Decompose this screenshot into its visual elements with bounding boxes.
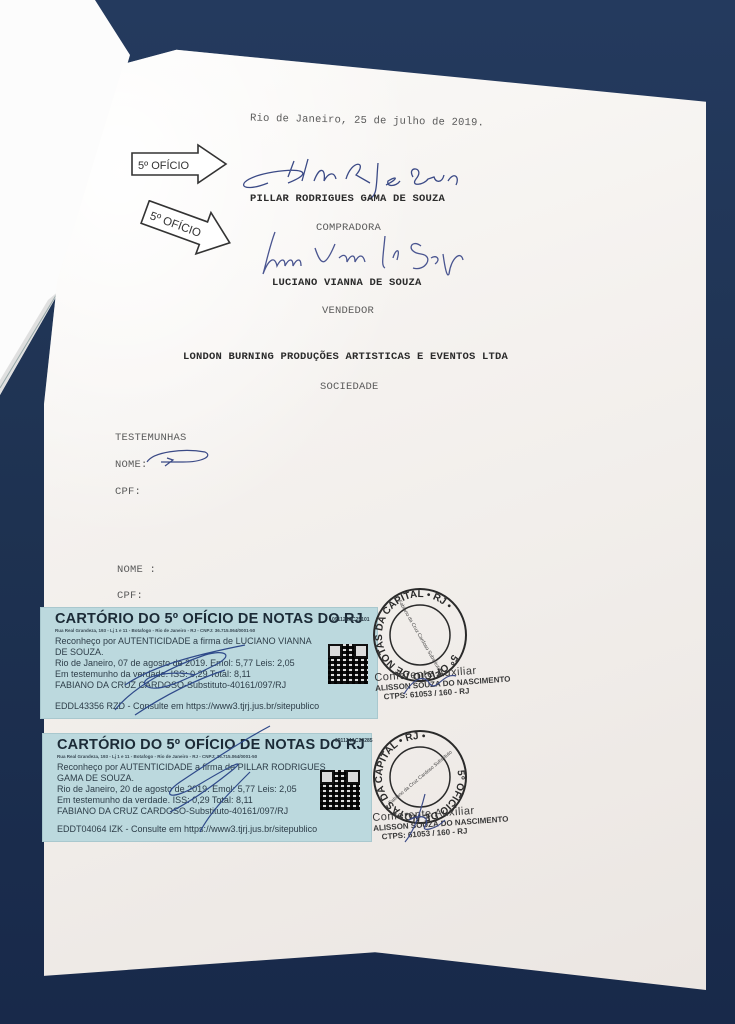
conferente-signature-2 <box>395 790 455 845</box>
qr-code[interactable] <box>328 644 368 684</box>
qr-code[interactable] <box>320 770 360 810</box>
notary-signature-2 <box>140 722 280 852</box>
notary-signature-1 <box>95 625 285 720</box>
conferente-signature-1 <box>400 668 460 698</box>
stamp-serial: 091124AC25101 <box>332 617 370 623</box>
witness-1-signature <box>143 446 213 468</box>
oficio-arrow-stamp-2: 5º OFÍCIO <box>140 200 238 258</box>
company-role: SOCIEDADE <box>320 381 379 393</box>
signatory-name-1: PILLAR RODRIGUES GAMA DE SOUZA <box>250 193 445 205</box>
signatory-name-2: LUCIANO VIANNA DE SOUZA <box>272 277 422 289</box>
oficio-arrow-stamp-1: 5º OFÍCIO <box>130 143 230 185</box>
company-name: LONDON BURNING PRODUÇÕES ARTISTICAS E EV… <box>183 351 508 363</box>
witnesses-heading: TESTEMUNHAS <box>115 432 187 444</box>
signature-luciano <box>255 228 475 280</box>
signatory-role-2: VENDEDOR <box>322 305 374 317</box>
stamp-serial: 091124AC23285 <box>335 738 373 744</box>
witness-1-cpf-label: CPF: <box>115 486 141 498</box>
witness-2-name-label: NOME : <box>117 564 156 576</box>
witness-2-cpf-label: CPF: <box>117 590 143 602</box>
svg-text:5º OFÍCIO: 5º OFÍCIO <box>138 159 190 172</box>
